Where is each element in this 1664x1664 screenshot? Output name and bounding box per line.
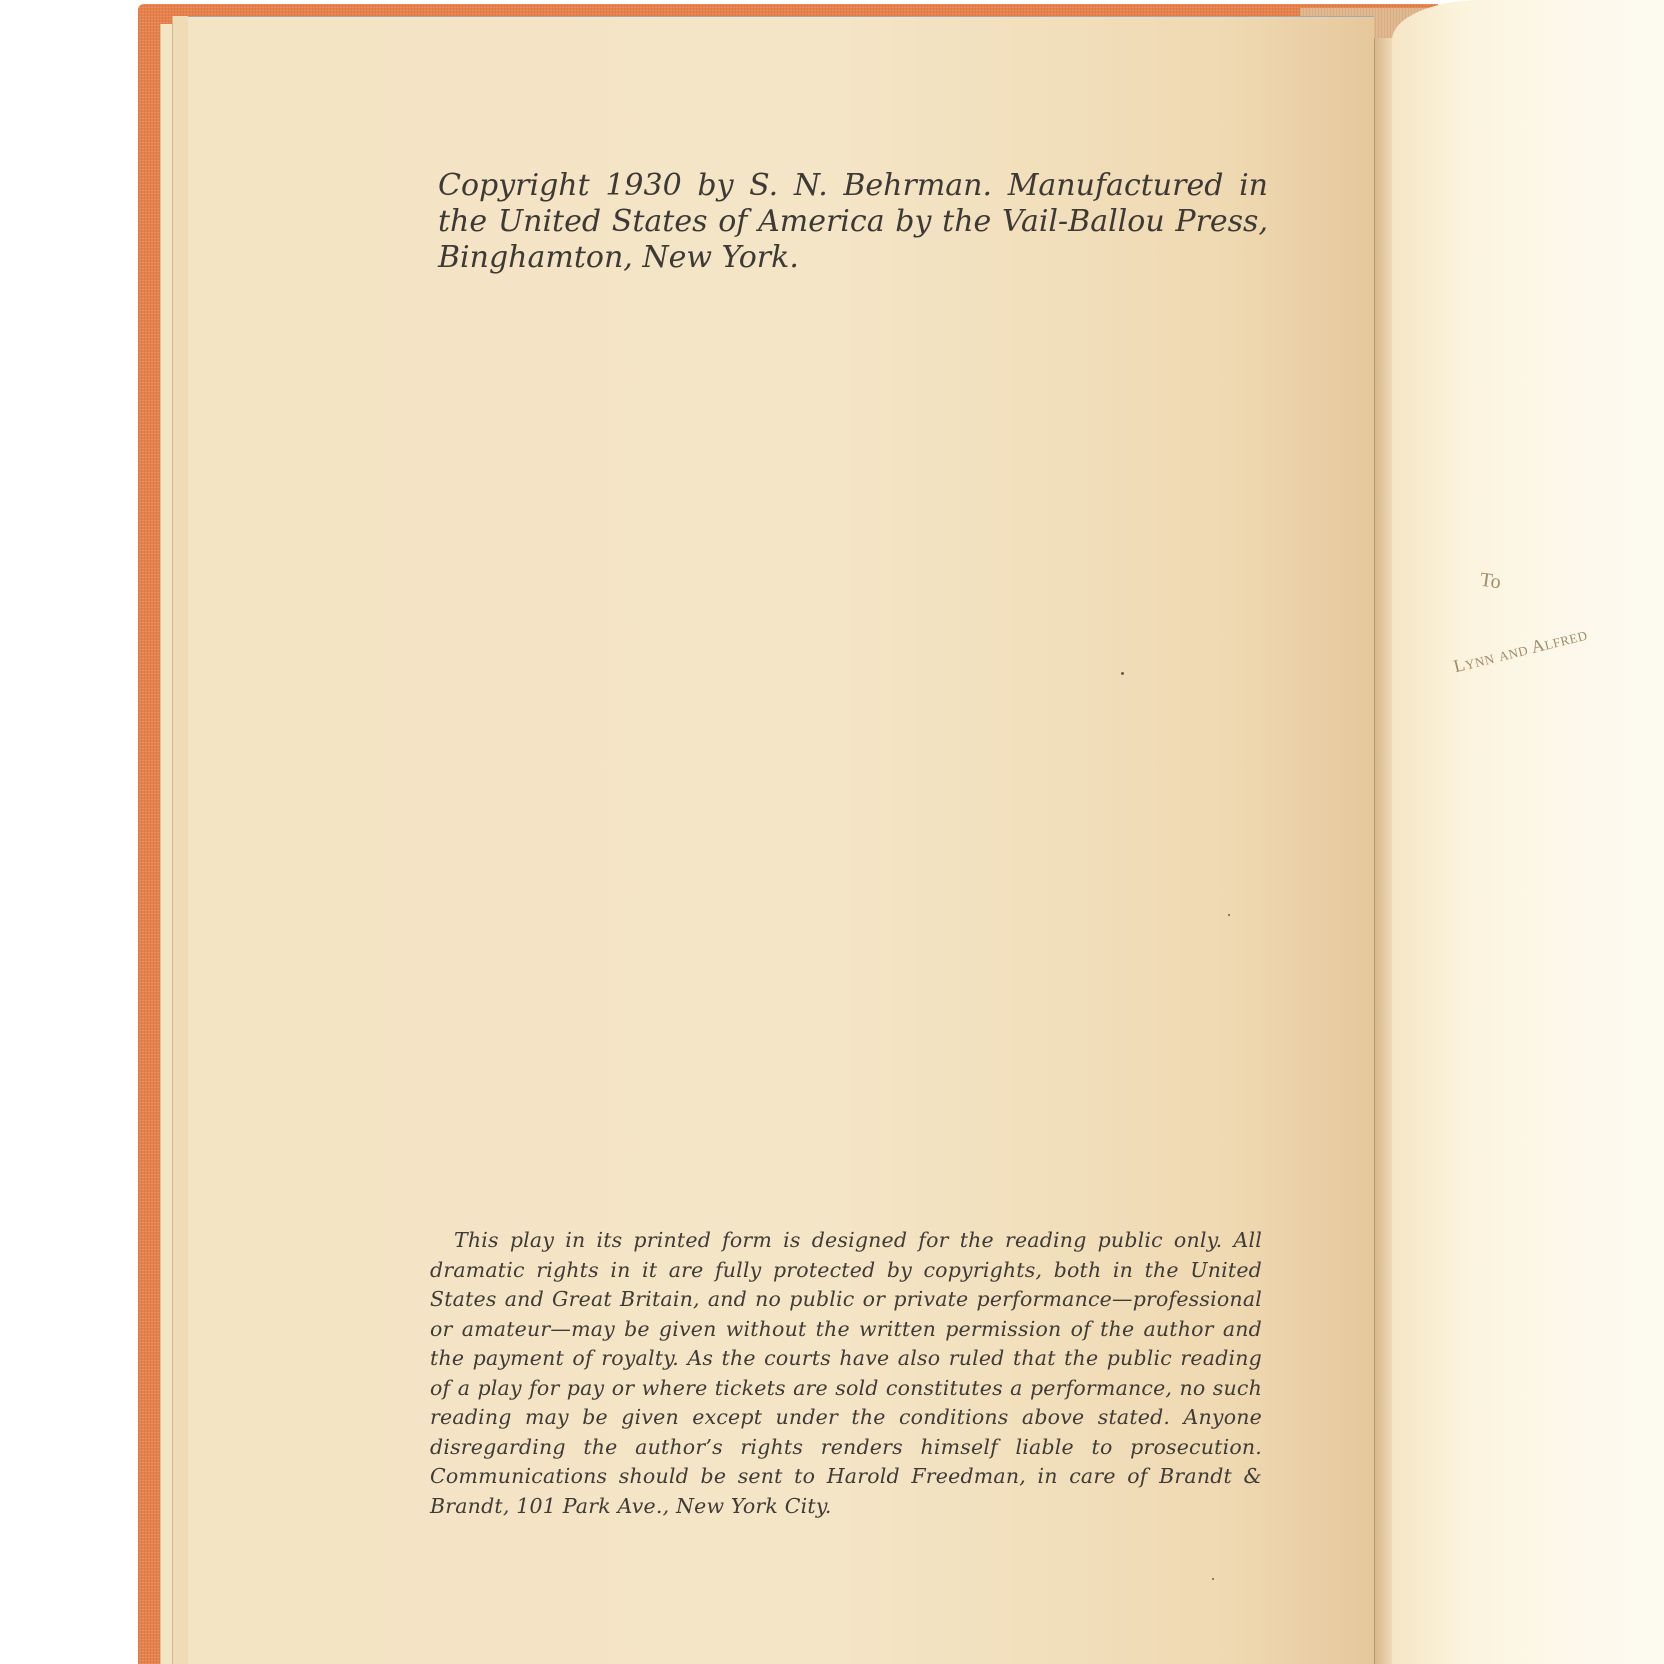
book-gutter: [1374, 38, 1393, 1664]
rights-notice: This play in its printed form is designe…: [430, 1226, 1262, 1521]
copyright-statement: Copyright 1930 by S. N. Behrman. Manufac…: [438, 168, 1268, 276]
dedication-to: To: [1479, 569, 1503, 595]
paper-speck: [1212, 1578, 1214, 1580]
right-page: [1392, 0, 1664, 1664]
paper-speck: [1228, 914, 1230, 916]
paper-speck: [1121, 672, 1124, 675]
